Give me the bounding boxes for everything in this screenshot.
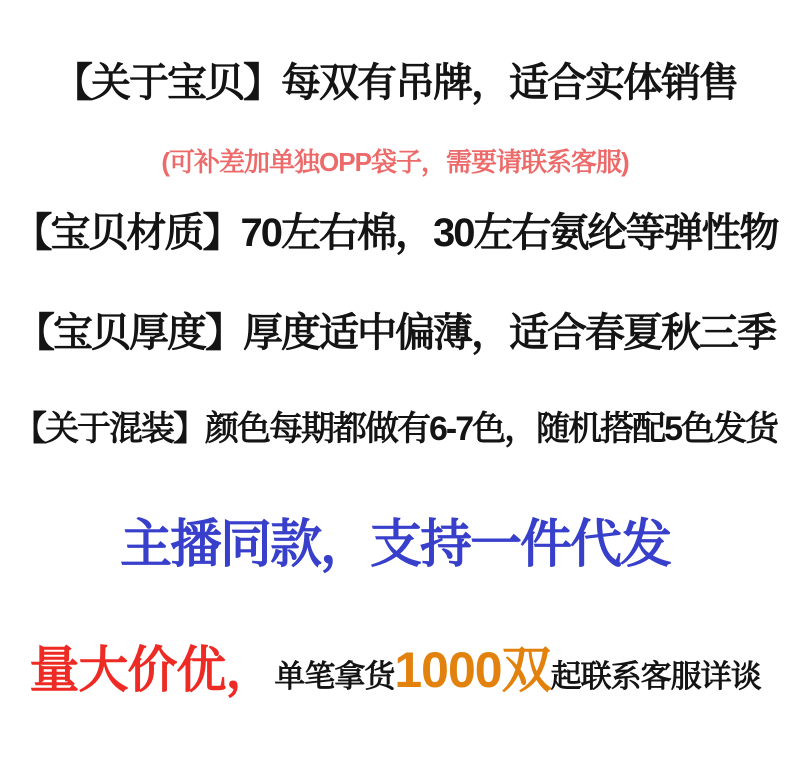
opp-bag-note-line: (可补差加单独OPP袋子，需要请联系客服) [0, 149, 790, 175]
about-item-line: 【关于宝贝】每双有吊牌，适合实体销售 [0, 63, 790, 103]
material-line: 【宝贝材质】70左右棉，30左右氨纶等弹性物 [0, 213, 790, 253]
bulk-price-line: 量大价优，单笔拿货1000双起联系客服详谈 [0, 645, 790, 695]
product-detail-banner: 【关于宝贝】每双有吊牌，适合实体销售 (可补差加单独OPP袋子，需要请联系客服)… [0, 0, 790, 768]
thickness-line: 【宝贝厚度】厚度适中偏薄，适合春夏秋三季 [0, 313, 790, 353]
bulk-tail-text: 起联系客服详谈 [551, 659, 761, 694]
streamer-promo-line: 主播同款，支持一件代发 [0, 519, 790, 571]
bulk-mid-text: 单笔拿货 [274, 659, 394, 694]
bulk-lead-text: 量大价优， [29, 642, 274, 698]
mixed-pack-line: 【关于混装】颜色每期都做有6-7色，随机搭配5色发货 [0, 412, 790, 446]
bulk-quantity-text: 1000双 [394, 642, 550, 698]
